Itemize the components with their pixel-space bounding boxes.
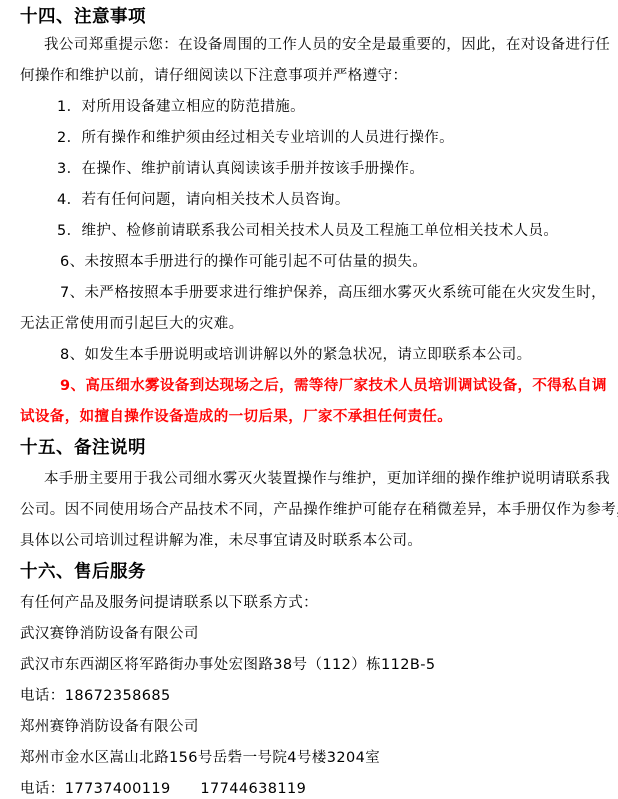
manual-document-page: 十四、注意事项 我公司郑重提示您：在设备周围的工作人员的安全是最重要的，因此，在…: [0, 0, 618, 799]
notice-item-2: 2．所有操作和维护须由经过相关专业培训的人员进行操作。: [20, 123, 600, 154]
notice-item-4: 4．若有任何问题，请向相关技术人员咨询。: [20, 185, 600, 216]
notice-item-5: 5．维护、检修前请联系我公司相关技术人员及工程施工单位相关技术人员。: [20, 216, 600, 247]
notice-item-6: 6、未按照本手册进行的操作可能引起不可估量的损失。: [20, 247, 600, 278]
section-15-body-line: 公司。因不同使用场合产品技术不同，产品操作维护可能存在稍微差异，本手册仅作为参考…: [20, 495, 600, 526]
contact-address-wuhan: 武汉市东西湖区将军路街办事处宏图路38号（112）栋112B-5: [20, 650, 600, 681]
notice-item-3: 3．在操作、维护前请认真阅读该手册并按该手册操作。: [20, 154, 600, 185]
notice-item-7: 7、未严格按照本手册要求进行维护保养，高压细水雾灭火系统可能在火灾发生时，: [20, 278, 600, 309]
section-15-body-line: 具体以公司培训过程讲解为准，未尽事宜请及时联系本公司。: [20, 526, 600, 557]
section-14-heading: 十四、注意事项: [20, 4, 600, 30]
contact-intro: 有任何产品及服务问提请联系以下联系方式：: [20, 588, 600, 619]
contact-phone-zhengzhou: 电话：17737400119 17744638119: [20, 774, 600, 799]
section-15-body-line: 本手册主要用于我公司细水雾灭火装置操作与维护，更加详细的操作维护说明请联系我: [20, 464, 600, 495]
section-14-intro-line: 我公司郑重提示您：在设备周围的工作人员的安全是最重要的，因此，在对设备进行任: [20, 30, 600, 61]
contact-address-zhengzhou: 郑州市金水区嵩山北路156号岳砦一号院4号楼3204室: [20, 743, 600, 774]
contact-company-zhengzhou: 郑州赛铮消防设备有限公司: [20, 712, 600, 743]
contact-phone-wuhan: 电话：18672358685: [20, 681, 600, 712]
section-15-heading: 十五、备注说明: [20, 433, 600, 464]
section-16-heading: 十六、售后服务: [20, 557, 600, 588]
notice-item-9-warning: 9、高压细水雾设备到达现场之后，需等待厂家技术人员培训调试设备，不得私自调: [20, 371, 600, 402]
contact-company-wuhan: 武汉赛铮消防设备有限公司: [20, 619, 600, 650]
notice-item-1: 1．对所用设备建立相应的防范措施。: [20, 92, 600, 123]
notice-item-7-continued: 无法正常使用而引起巨大的灾难。: [20, 309, 600, 340]
notice-item-9-warning-continued: 试设备，如擅自操作设备造成的一切后果，厂家不承担任何责任。: [20, 402, 600, 433]
notice-item-8: 8、如发生本手册说明或培训讲解以外的紧急状况，请立即联系本公司。: [20, 340, 600, 371]
section-14-intro-line: 何操作和维护以前，请仔细阅读以下注意事项并严格遵守：: [20, 61, 600, 92]
